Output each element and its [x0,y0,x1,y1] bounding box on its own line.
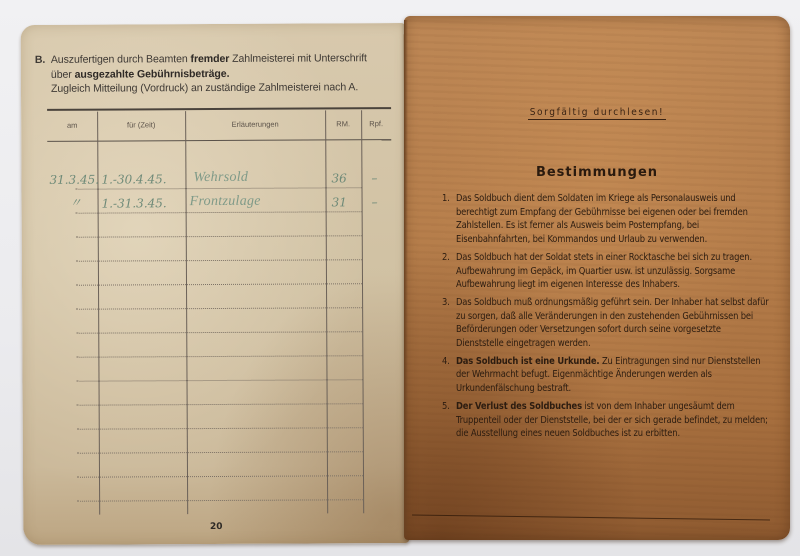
ledger-row-empty [48,284,392,310]
payment-ledger-table: am für (Zeit) Erläuterungen RM. Rpf. 31.… [47,110,393,515]
section-line-1: Auszufertigen durch Beamten fremder Zahl… [51,51,393,67]
cell-fuer-zeit: 1.-31.3.45. [102,196,167,210]
dotted-rule [77,499,363,501]
cell-erlaeuterungen: Wehrsold [193,170,248,186]
header-am: am [47,121,97,130]
cell-rpf: – [371,171,377,185]
regulation-item-5: 5.Der Verlust des Soldbuches ist von dem… [456,400,770,441]
regulation-item-3: 3.Das Soldbuch muß ordnungsmäßig geführt… [456,296,770,351]
careful-read-heading: Sorgfältig durchlesen! [404,107,790,118]
page-number: 20 [23,521,409,533]
ledger-row-empty [48,356,392,382]
right-page-regulations: Sorgfältig durchlesen! Bestimmungen 1.Da… [404,16,790,540]
cell-am-ditto: 〃 [70,194,82,211]
cell-rm: 31 [332,195,347,209]
ledger-row-empty [49,476,393,502]
cell-rpf: – [372,195,378,209]
cell-rm: 36 [331,171,346,185]
ledger-row-empty [49,428,393,454]
page-fold-crease [412,515,770,521]
header-rpf: Rpf. [361,119,391,128]
regulation-item-1: 1.Das Soldbuch dient dem Soldaten im Kri… [456,192,770,247]
cell-fuer-zeit: 1.-30.4.45. [101,172,166,186]
section-b-instructions: B. Auszufertigen durch Beamten fremder Z… [51,51,393,96]
ledger-row: 〃 1.-31.3.45. Frontzulage 31 – [48,188,392,214]
spine-edge [404,20,408,536]
ledger-row-empty [48,260,392,286]
regulation-item-2: 2.Das Soldbuch hat der Soldat stets in e… [456,251,770,292]
cell-am: 31.3.45. [49,173,99,187]
ledger-row-empty [48,236,392,262]
ledger-row-empty [49,404,393,430]
regulations-list: 1.Das Soldbuch dient dem Soldaten im Kri… [456,192,770,445]
ledger-row-empty [48,308,392,334]
ledger-header-row: am für (Zeit) Erläuterungen RM. Rpf. [47,110,391,142]
section-line-3: Zugleich Mitteilung (Vordruck) an zustän… [51,80,393,96]
header-fuer-zeit: für (Zeit) [97,120,185,129]
cell-erlaeuterungen: Frontzulage [190,194,261,210]
ledger-row-empty [48,212,392,238]
regulation-item-4: 4.Das Soldbuch ist eine Urkunde. Zu Eint… [456,355,770,396]
section-letter: B. [35,53,45,68]
header-rm: RM. [325,119,361,128]
ledger-row-empty [49,380,393,406]
regulations-title: Bestimmungen [404,165,790,180]
ledger-row: 31.3.45. 1.-30.4.45. Wehrsold 36 – [47,164,391,190]
ledger-row-empty [49,452,393,478]
left-page-soldbuch-payments: B. Auszufertigen durch Beamten fremder Z… [21,23,410,545]
ledger-row-empty [48,332,392,358]
header-erlaeuterungen: Erläuterungen [185,119,325,129]
